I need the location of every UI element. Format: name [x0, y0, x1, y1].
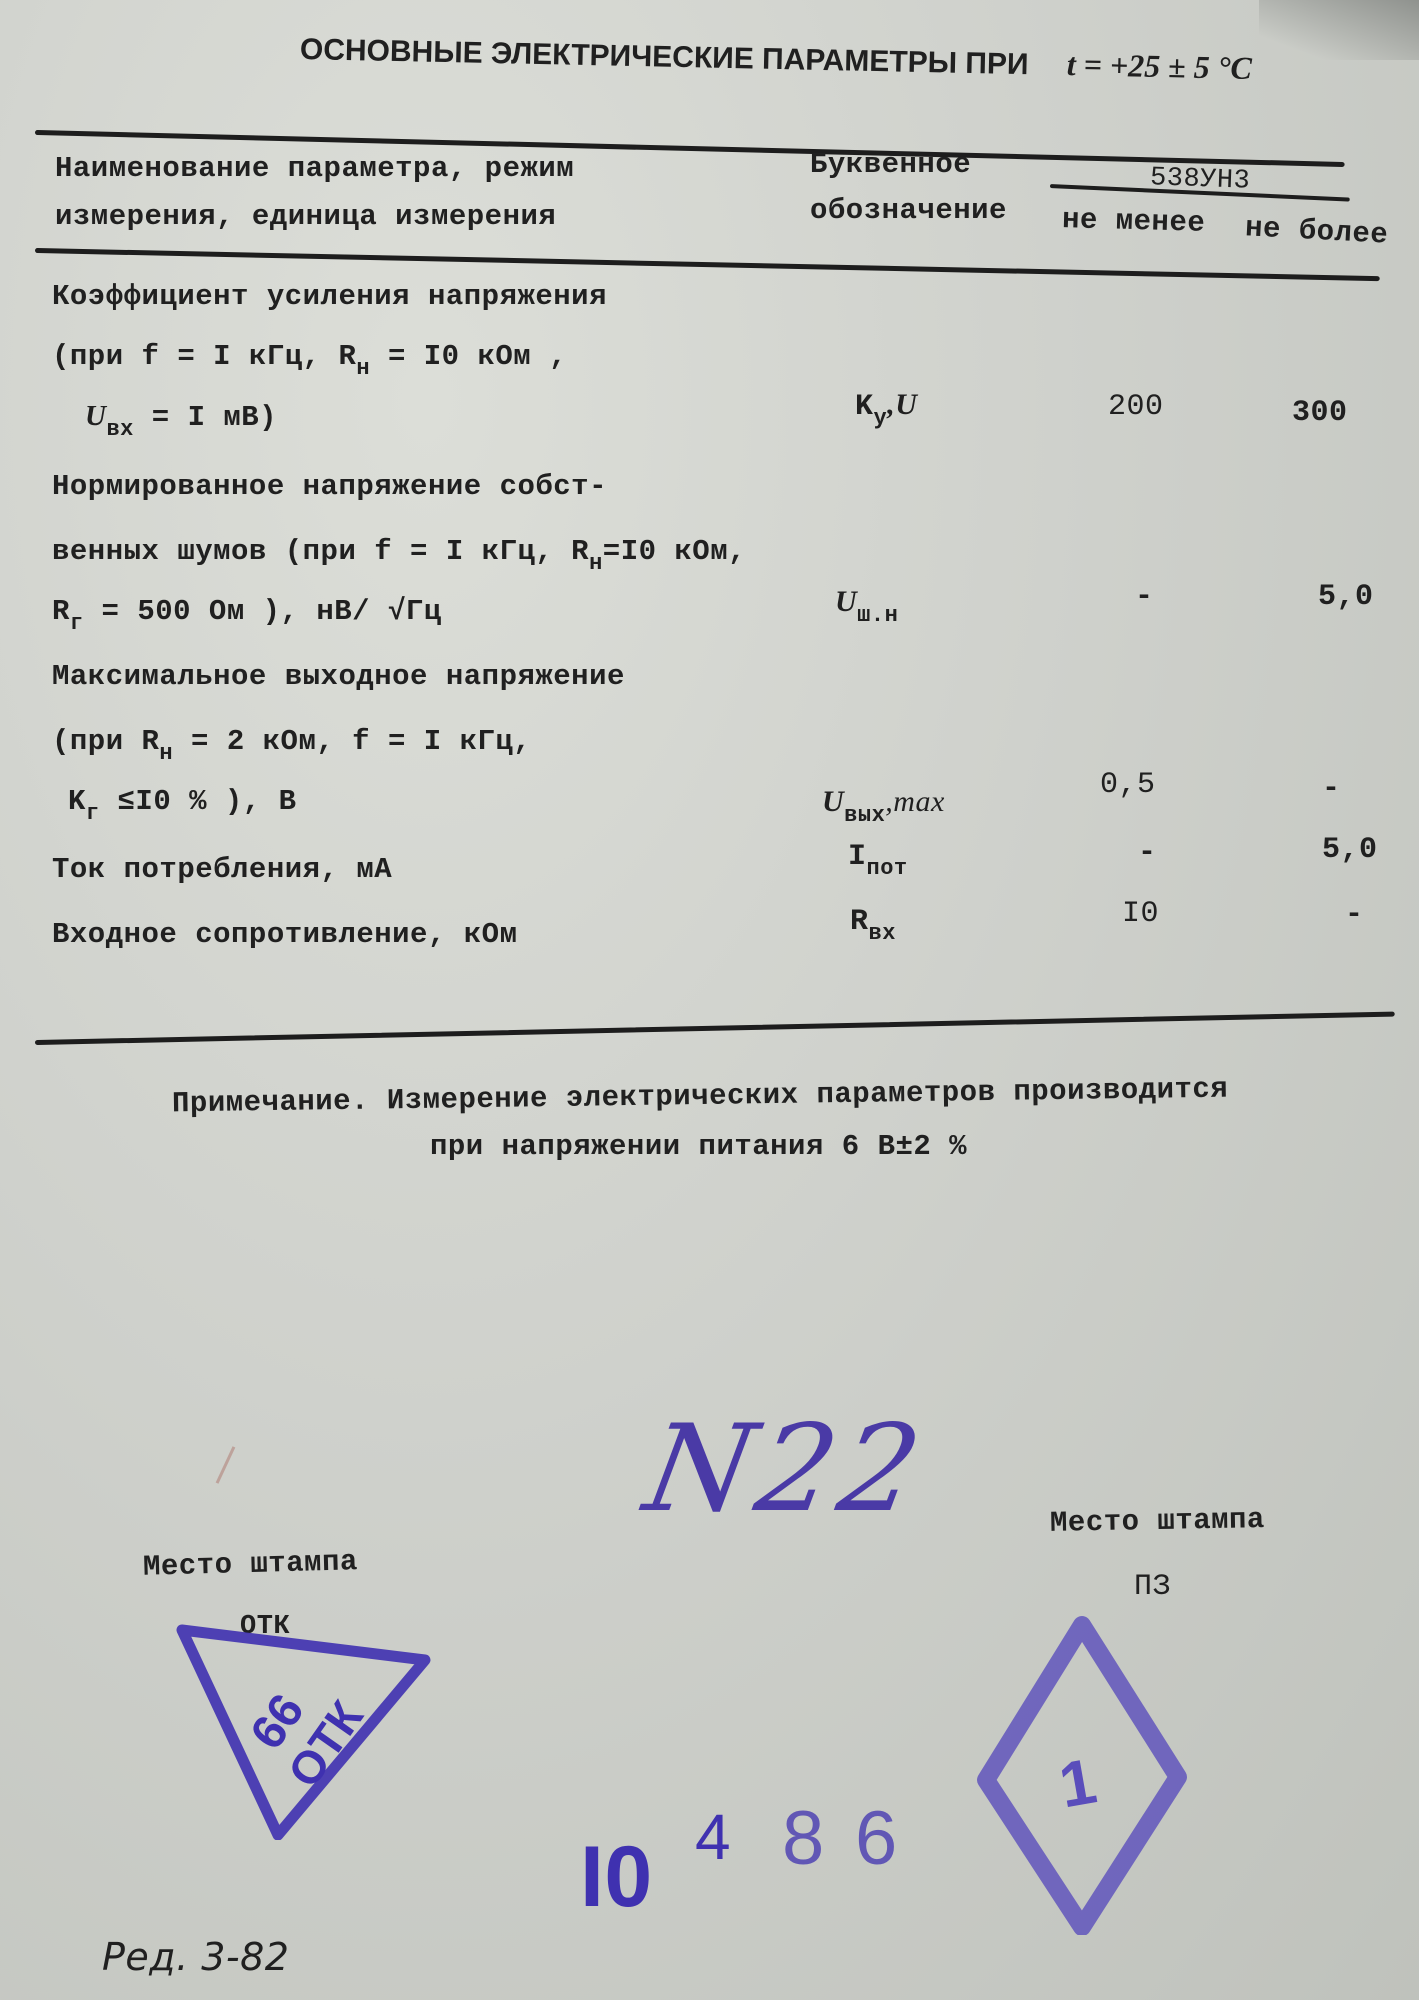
date-stamp-part4: 6: [855, 1795, 898, 1882]
stray-mark: [216, 1446, 236, 1484]
header-symbol-line2: обозначение: [810, 194, 1007, 227]
title-condition: t = +25 ± 5 °C: [1066, 46, 1252, 86]
row1-line1: Коэффициент усиления напряжения: [52, 280, 607, 313]
row2-symbol: Uш.н: [835, 585, 898, 628]
stamp-place-label-otk: Место штампа: [143, 1545, 359, 1584]
row1-max: 300: [1292, 396, 1348, 430]
row3-line2: (при Rн = 2 кОм, f = I кГц,: [52, 725, 531, 766]
stamp-sublabel-pz: ПЗ: [1134, 1570, 1171, 1604]
row5-min: I0: [1122, 897, 1159, 931]
row3-line3: Kг ≤I0 % ), В: [68, 785, 297, 826]
header-bottom-rule: [35, 248, 1380, 281]
row3-line1: Максимальное выходное напряжение: [52, 660, 625, 693]
row4-min: -: [1138, 836, 1157, 870]
title-text: ОСНОВНЫЕ ЭЛЕКТРИЧЕСКИЕ ПАРАМЕТРЫ ПРИ: [300, 33, 1029, 81]
header-device-type: 538УН3: [1150, 163, 1251, 196]
header-param-line1: Наименование параметра, режим: [55, 152, 574, 185]
date-stamp-part3: 8: [782, 1795, 825, 1882]
row3-min: 0,5: [1100, 768, 1156, 802]
header-min: не менее: [1062, 203, 1206, 240]
row5-max: -: [1345, 898, 1364, 932]
row4-line1: Ток потребления, мА: [52, 853, 392, 886]
otk-stamp-triangle: 66 ОТК: [170, 1610, 440, 1840]
document-page: ОСНОВНЫЕ ЭЛЕКТРИЧЕСКИЕ ПАРАМЕТРЫ ПРИ t =…: [0, 0, 1419, 2000]
row1-min: 200: [1108, 390, 1164, 424]
revision-label: Ред. 3-82: [102, 1935, 289, 1979]
header-param-line2: измерения, единица измерения: [55, 200, 556, 233]
row1-symbol: Kу,U: [855, 388, 917, 431]
handwritten-number: N22: [636, 1400, 936, 1539]
row1-line2: (при f = I кГц, Rн = I0 кОм ,: [52, 340, 567, 381]
date-stamp-part1: I0: [580, 1828, 653, 1927]
row5-symbol: Rвх: [850, 905, 896, 946]
pz-stamp-text: 1: [1054, 1744, 1102, 1821]
row3-symbol: Uвых,max: [822, 785, 945, 828]
row2-max: 5,0: [1318, 580, 1374, 614]
header-max: не более: [1244, 211, 1389, 251]
row2-line3: Rг = 500 Ом ), нВ/ √Гц: [52, 595, 442, 636]
row2-line2: венных шумов (при f = I кГц, Rн=I0 кОм,: [52, 535, 746, 576]
row2-line1: Нормированное напряжение собст-: [52, 470, 607, 503]
date-stamp-part2: 4: [695, 1800, 731, 1874]
row1-line3: Uвх = I мВ): [85, 400, 277, 442]
stamp-place-label-pz: Место штампа: [1050, 1503, 1265, 1540]
note-line2: при напряжении питания 6 В±2 %: [430, 1130, 967, 1163]
row2-min: -: [1135, 580, 1154, 614]
page-corner-shadow: [1259, 0, 1419, 60]
row5-line1: Входное сопротивление, кОм: [52, 918, 517, 951]
header-symbol-line1: Буквенное: [810, 148, 971, 181]
note-line1: Примечание. Измерение электрических пара…: [172, 1073, 1229, 1121]
row4-symbol: Iпот: [848, 840, 908, 881]
pz-stamp-rhombus: 1: [970, 1615, 1190, 1935]
document-title: ОСНОВНЫЕ ЭЛЕКТРИЧЕСКИЕ ПАРАМЕТРЫ ПРИ t =…: [300, 30, 1253, 87]
table-bottom-rule: [35, 1012, 1395, 1045]
row3-max: -: [1322, 772, 1341, 806]
row4-max: 5,0: [1322, 833, 1378, 867]
